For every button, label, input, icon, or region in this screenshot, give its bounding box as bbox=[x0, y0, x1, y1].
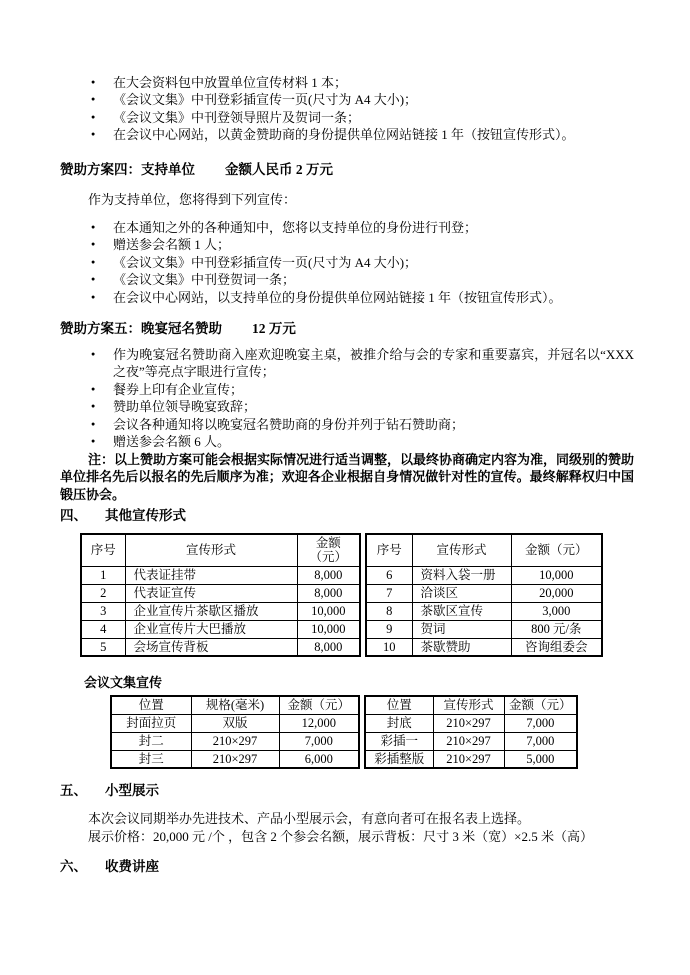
plan5-heading: 赞助方案五：晚宴冠名赞助12 万元 bbox=[60, 320, 634, 338]
table-row: 封二210×2977,000 bbox=[111, 732, 359, 750]
header-cell: 宣传形式 bbox=[125, 534, 297, 566]
header-cell: 位置 bbox=[365, 696, 433, 714]
table-header-row: 序号 宣传形式 金额 （元） bbox=[81, 534, 360, 566]
cell-position: 封二 bbox=[111, 732, 191, 750]
bullet-icon bbox=[91, 433, 95, 450]
plan3-benefit-list: 在大会资料包中放置单位宣传材料 1 本； 《会议文集》中刊登彩插宣传一页(尺寸为… bbox=[60, 74, 634, 144]
table-row: 封底210×2977,000 bbox=[365, 714, 577, 732]
bullet-icon bbox=[91, 254, 95, 271]
bullet-icon bbox=[91, 236, 95, 253]
table-header-row: 位置 规格(毫米) 金额（元） bbox=[111, 696, 359, 714]
plan4-heading: 赞助方案四：支持单位金额人民币 2 万元 bbox=[60, 161, 634, 179]
cell-no: 4 bbox=[81, 620, 125, 638]
section6-number: 六、 bbox=[60, 858, 105, 876]
header-cell: 序号 bbox=[366, 534, 412, 566]
list-item-text: 赞助单位领导晚宴致辞； bbox=[113, 399, 256, 414]
header-cell: 金额 （元） bbox=[297, 534, 360, 566]
cell-form: 代表证宣传 bbox=[125, 584, 297, 602]
section4-heading: 四、其他宣传形式 bbox=[60, 507, 634, 525]
section5-paragraph-1: 本次会议同期举办先进技术、产品小型展示会，有意向者可在报名表上选择。 bbox=[88, 810, 634, 828]
section5-paragraph-2: 展示价格：20,000 元 /个 ，包含 2 个参会名额，展示背板：尺寸 3 米… bbox=[88, 828, 634, 846]
header-cell: 宣传形式 bbox=[412, 534, 511, 566]
cell-no: 9 bbox=[366, 620, 412, 638]
table-row: 1代表证挂带8,000 bbox=[81, 566, 360, 584]
header-cell: 宣传形式 bbox=[433, 696, 504, 714]
list-item: 《会议文集》中刊登彩插宣传一页(尺寸为 A4 大小)； bbox=[113, 254, 634, 271]
cell-amount: 8,000 bbox=[297, 584, 360, 602]
cell-amount: 3,000 bbox=[511, 602, 602, 620]
table-row: 6资料入袋一册10,000 bbox=[366, 566, 602, 584]
list-item-text: 在会议中心网站，以支持单位的身份提供单位网站链接 1 年（按钮宣传形式）。 bbox=[113, 290, 562, 305]
cell-form: 洽谈区 bbox=[412, 584, 511, 602]
table-row: 5会场宣传背板8,000 bbox=[81, 638, 360, 656]
header-cell: 位置 bbox=[111, 696, 191, 714]
bullet-icon bbox=[91, 346, 95, 363]
plan4-amount: 金额人民币 2 万元 bbox=[225, 162, 333, 177]
cell-position: 彩插整版 bbox=[365, 750, 433, 768]
header-cell: 序号 bbox=[81, 534, 125, 566]
cell-form: 代表证挂带 bbox=[125, 566, 297, 584]
list-item-text: 餐券上印有企业宣传； bbox=[113, 382, 243, 397]
table-header-row: 位置 宣传形式 金额（元） bbox=[365, 696, 577, 714]
table-row: 封三210×2976,000 bbox=[111, 750, 359, 768]
section5-heading: 五、小型展示 bbox=[60, 782, 634, 800]
header-cell: 金额（元） bbox=[279, 696, 359, 714]
cell-no: 5 bbox=[81, 638, 125, 656]
proceedings-label: 会议文集宣传 bbox=[84, 674, 634, 692]
list-item-text: 《会议文集》中刊登彩插宣传一页(尺寸为 A4 大小)； bbox=[113, 92, 417, 107]
proceedings-table-right: 位置 宣传形式 金额（元） 封底210×2977,000 彩插一210×2977… bbox=[364, 695, 578, 769]
list-item-text: 《会议文集》中刊登贺词一条； bbox=[113, 272, 295, 287]
other-ads-tables: 序号 宣传形式 金额 （元） 1代表证挂带8,000 2代表证宣传8,000 3… bbox=[80, 533, 634, 657]
table-row: 封面拉页双版12,000 bbox=[111, 714, 359, 732]
list-item: 餐券上印有企业宣传； bbox=[113, 381, 634, 398]
cell-no: 1 bbox=[81, 566, 125, 584]
proceedings-table-left: 位置 规格(毫米) 金额（元） 封面拉页双版12,000 封二210×2977,… bbox=[110, 695, 360, 769]
bullet-icon bbox=[91, 289, 95, 306]
section6-title: 收费讲座 bbox=[105, 859, 159, 874]
list-item: 赠送参会名额 6 人。 bbox=[113, 433, 634, 450]
cell-amount: 800 元/条 bbox=[511, 620, 602, 638]
bullet-icon bbox=[91, 381, 95, 398]
section6-heading: 六、收费讲座 bbox=[60, 858, 634, 876]
cell-form: 茶歇区宣传 bbox=[412, 602, 511, 620]
cell-position: 封面拉页 bbox=[111, 714, 191, 732]
table-row: 4企业宣传片大巴播放10,000 bbox=[81, 620, 360, 638]
cell-amount: 6,000 bbox=[279, 750, 359, 768]
cell-spec: 双版 bbox=[191, 714, 279, 732]
table-header-row: 序号 宣传形式 金额（元） bbox=[366, 534, 602, 566]
section5-title: 小型展示 bbox=[105, 783, 159, 798]
cell-form: 企业宣传片茶歇区播放 bbox=[125, 602, 297, 620]
cell-no: 6 bbox=[366, 566, 412, 584]
bullet-icon bbox=[91, 91, 95, 108]
list-item-text: 《会议文集》中刊登彩插宣传一页(尺寸为 A4 大小)； bbox=[113, 255, 417, 270]
cell-amount: 10,000 bbox=[297, 602, 360, 620]
list-item-text: 在会议中心网站，以黄金赞助商的身份提供单位网站链接 1 年（按钮宣传形式）。 bbox=[113, 127, 575, 142]
list-item-text: 赠送参会名额 6 人。 bbox=[113, 434, 230, 449]
cell-amount: 5,000 bbox=[504, 750, 577, 768]
table-row: 7洽谈区20,000 bbox=[366, 584, 602, 602]
plan4-benefit-list: 在本通知之外的各种通知中，您将以支持单位的身份进行刊登； 赠送参会名额 1 人；… bbox=[60, 219, 634, 306]
bullet-icon bbox=[91, 74, 95, 91]
list-item: 《会议文集》中刊登领导照片及贺词一条； bbox=[113, 109, 634, 126]
cell-no: 2 bbox=[81, 584, 125, 602]
cell-no: 3 bbox=[81, 602, 125, 620]
cell-position: 封底 bbox=[365, 714, 433, 732]
table-row: 8茶歇区宣传3,000 bbox=[366, 602, 602, 620]
cell-position: 彩插一 bbox=[365, 732, 433, 750]
cell-spec: 210×297 bbox=[191, 750, 279, 768]
cell-position: 封三 bbox=[111, 750, 191, 768]
list-item: 在大会资料包中放置单位宣传材料 1 本； bbox=[113, 74, 634, 91]
list-item-text: 作为晚宴冠名赞助商入座欢迎晚宴主桌，被推介给与会的专家和重要嘉宾，并冠名以“XX… bbox=[113, 347, 634, 379]
cell-form: 会场宣传背板 bbox=[125, 638, 297, 656]
other-ads-table-left: 序号 宣传形式 金额 （元） 1代表证挂带8,000 2代表证宣传8,000 3… bbox=[80, 533, 361, 657]
cell-amount: 7,000 bbox=[504, 732, 577, 750]
header-cell: 规格(毫米) bbox=[191, 696, 279, 714]
section4-number: 四、 bbox=[60, 507, 105, 525]
list-item: 作为晚宴冠名赞助商入座欢迎晚宴主桌，被推介给与会的专家和重要嘉宾，并冠名以“XX… bbox=[113, 346, 634, 381]
cell-amount: 8,000 bbox=[297, 566, 360, 584]
bullet-icon bbox=[91, 271, 95, 288]
cell-amount: 20,000 bbox=[511, 584, 602, 602]
table-row: 彩插整版210×2975,000 bbox=[365, 750, 577, 768]
cell-form: 贺词 bbox=[412, 620, 511, 638]
cell-amount: 8,000 bbox=[297, 638, 360, 656]
header-cell: 金额（元） bbox=[504, 696, 577, 714]
table-row: 2代表证宣传8,000 bbox=[81, 584, 360, 602]
table-row: 9贺词800 元/条 bbox=[366, 620, 602, 638]
plan4-title: 赞助方案四：支持单位 bbox=[60, 162, 195, 177]
bullet-icon bbox=[91, 416, 95, 433]
cell-form: 企业宣传片大巴播放 bbox=[125, 620, 297, 638]
bullet-icon bbox=[91, 126, 95, 143]
cell-amount: 10,000 bbox=[297, 620, 360, 638]
section5-number: 五、 bbox=[60, 782, 105, 800]
note-paragraph: 注：以上赞助方案可能会根据实际情况进行适当调整，以最终协商确定内容为准，同级别的… bbox=[60, 451, 634, 504]
cell-amount: 7,000 bbox=[504, 714, 577, 732]
list-item: 《会议文集》中刊登贺词一条； bbox=[113, 271, 634, 288]
list-item: 《会议文集》中刊登彩插宣传一页(尺寸为 A4 大小)； bbox=[113, 91, 634, 108]
bullet-icon bbox=[91, 109, 95, 126]
bullet-icon bbox=[91, 219, 95, 236]
cell-spec: 210×297 bbox=[433, 732, 504, 750]
list-item: 在会议中心网站，以支持单位的身份提供单位网站链接 1 年（按钮宣传形式）。 bbox=[113, 289, 634, 306]
list-item-text: 会议各种通知将以晚宴冠名赞助商的身份并列于钻石赞助商； bbox=[113, 417, 464, 432]
cell-spec: 210×297 bbox=[191, 732, 279, 750]
table-row: 彩插一210×2977,000 bbox=[365, 732, 577, 750]
cell-spec: 210×297 bbox=[433, 714, 504, 732]
list-item-text: 在本通知之外的各种通知中，您将以支持单位的身份进行刊登； bbox=[113, 220, 477, 235]
plan4-intro: 作为支持单位，您将得到下列宣传： bbox=[88, 191, 634, 208]
cell-spec: 210×297 bbox=[433, 750, 504, 768]
bullet-icon bbox=[91, 398, 95, 415]
document-content: 在大会资料包中放置单位宣传材料 1 本； 《会议文集》中刊登彩插宣传一页(尺寸为… bbox=[0, 0, 690, 876]
plan5-benefit-list: 作为晚宴冠名赞助商入座欢迎晚宴主桌，被推介给与会的专家和重要嘉宾，并冠名以“XX… bbox=[60, 346, 634, 450]
cell-amount: 7,000 bbox=[279, 732, 359, 750]
other-ads-table-right: 序号 宣传形式 金额（元） 6资料入袋一册10,000 7洽谈区20,000 8… bbox=[365, 533, 603, 657]
cell-amount: 10,000 bbox=[511, 566, 602, 584]
list-item: 会议各种通知将以晚宴冠名赞助商的身份并列于钻石赞助商； bbox=[113, 416, 634, 433]
cell-no: 10 bbox=[366, 638, 412, 656]
document-page: 在大会资料包中放置单位宣传材料 1 本； 《会议文集》中刊登彩插宣传一页(尺寸为… bbox=[0, 0, 690, 975]
plan5-amount: 12 万元 bbox=[252, 321, 296, 336]
list-item: 赠送参会名额 1 人； bbox=[113, 236, 634, 253]
cell-form: 资料入袋一册 bbox=[412, 566, 511, 584]
cell-amount: 咨询组委会 bbox=[511, 638, 602, 656]
cell-no: 8 bbox=[366, 602, 412, 620]
cell-no: 7 bbox=[366, 584, 412, 602]
list-item-text: 赠送参会名额 1 人； bbox=[113, 237, 230, 252]
section4-title: 其他宣传形式 bbox=[105, 508, 186, 523]
list-item-text: 在大会资料包中放置单位宣传材料 1 本； bbox=[113, 75, 347, 90]
header-cell: 金额（元） bbox=[511, 534, 602, 566]
table-row: 10茶歇赞助咨询组委会 bbox=[366, 638, 602, 656]
list-item: 在会议中心网站，以黄金赞助商的身份提供单位网站链接 1 年（按钮宣传形式）。 bbox=[113, 126, 634, 143]
list-item-text: 《会议文集》中刊登领导照片及贺词一条； bbox=[113, 110, 360, 125]
plan5-title: 赞助方案五：晚宴冠名赞助 bbox=[60, 321, 222, 336]
list-item: 在本通知之外的各种通知中，您将以支持单位的身份进行刊登； bbox=[113, 219, 634, 236]
cell-form: 茶歇赞助 bbox=[412, 638, 511, 656]
cell-amount: 12,000 bbox=[279, 714, 359, 732]
list-item: 赞助单位领导晚宴致辞； bbox=[113, 398, 634, 415]
table-row: 3企业宣传片茶歇区播放10,000 bbox=[81, 602, 360, 620]
proceedings-tables: 位置 规格(毫米) 金额（元） 封面拉页双版12,000 封二210×2977,… bbox=[110, 695, 634, 769]
